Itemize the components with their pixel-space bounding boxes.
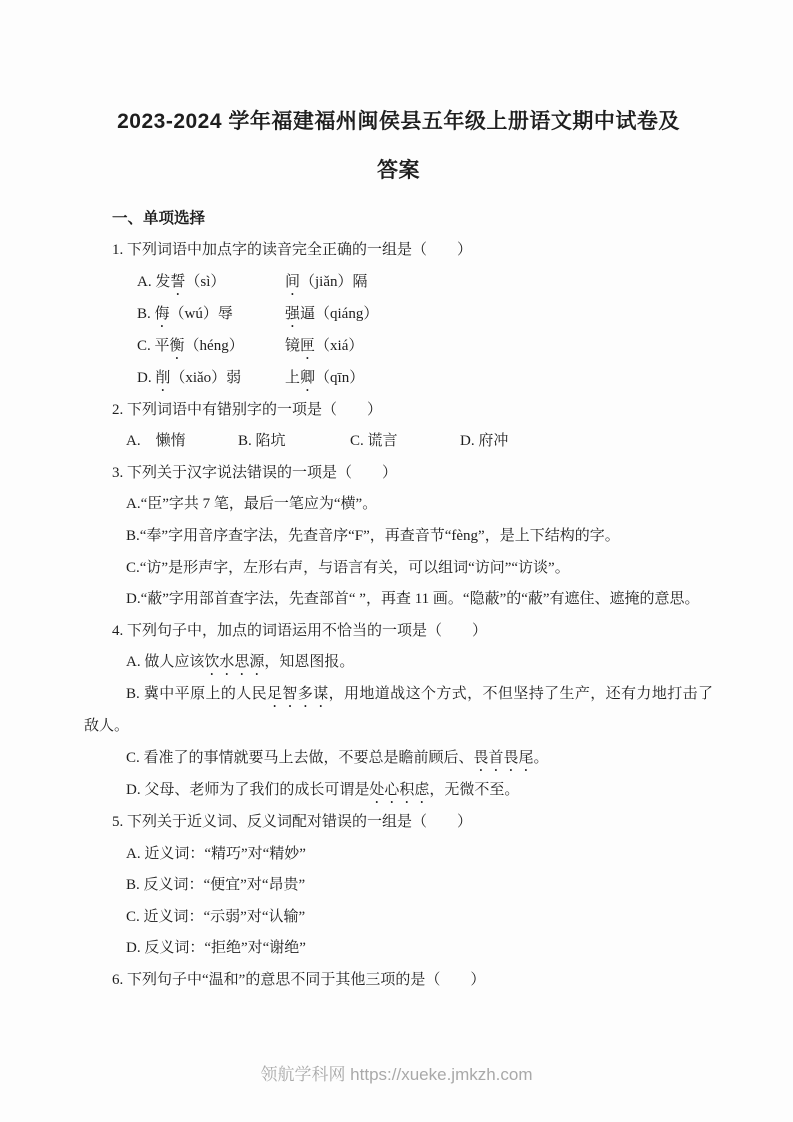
- section-heading: 一、单项选择: [112, 203, 713, 235]
- text-segment: 5. 下列关于近义词、反义词配对错误的一组是（ ）: [112, 814, 472, 830]
- line-column: 强逼（qiáng）: [285, 306, 378, 322]
- document-line: 3. 下列关于汉字说法错误的一项是（ ）: [84, 458, 713, 490]
- line-column: 3. 下列关于汉字说法错误的一项是（ ）: [112, 465, 397, 481]
- text-segment: C. 平: [137, 338, 170, 354]
- line-column: D. 父母、老师为了我们的成长可谓是处心积虑，无微不至。: [126, 782, 519, 798]
- emphasized-text: 处心积虑: [369, 782, 429, 798]
- line-column: C. 近义词：“示弱”对“认输”: [126, 909, 305, 925]
- text-segment: 4. 下列句子中，加点的词语运用不恰当的一项是（ ）: [112, 623, 487, 639]
- text-segment: （jiǎn）隔: [300, 274, 368, 290]
- text-segment: A. 做人应该: [126, 654, 204, 670]
- document-line: B. 反义词：“便宜”对“昂贵”: [84, 870, 713, 902]
- document-line: D. 父母、老师为了我们的成长可谓是处心积虑，无微不至。: [84, 775, 713, 807]
- line-column: 1. 下列词语中加点字的读音完全正确的一组是（ ）: [112, 242, 472, 258]
- title-line-1: 2023-2024 学年福建福州闽侯县五年级上册语文期中试卷及: [84, 97, 713, 146]
- line-column: C. 谎言: [350, 426, 460, 458]
- emphasized-text: 衡: [170, 338, 185, 354]
- line-column: C. 看准了的事情就要马上去做，不要总是瞻前顾后、畏首畏尾。: [126, 750, 549, 766]
- line-column: B. 陷坑: [238, 426, 350, 458]
- emphasized-text: 畏首畏尾: [474, 750, 534, 766]
- emphasized-text: 卿: [300, 370, 315, 386]
- document-line: A.“臣”字共 7 笔，最后一笔应为“横”。: [84, 489, 713, 521]
- emphasized-text: 强: [285, 306, 300, 322]
- text-segment: C. 看准了的事情就要马上去做，不要总是瞻前顾后、: [126, 750, 474, 766]
- document-line: 2. 下列词语中有错别字的一项是（ ）: [84, 395, 713, 427]
- watermark-text: 领航学科网 https://xueke.jmkzh.com: [260, 1065, 532, 1084]
- line-column: B. 冀中平原上的人民足智多谋，用地道战这个方式，不但坚持了生产，还有力地打击了…: [84, 686, 713, 734]
- text-segment: （sì）: [185, 274, 225, 290]
- text-segment: 镜: [285, 338, 300, 354]
- text-segment: 6. 下列句子中“温和”的意思不同于其他三项的是（ ）: [112, 972, 485, 988]
- document-line: B. 侮（wú）辱强逼（qiáng）: [84, 299, 713, 331]
- text-segment: D.“蔽”字用部首查字法，先查部首“ ”，再查 11 画。“隐蔽”的“蔽”有遮住…: [126, 591, 700, 607]
- emphasized-text: 间: [285, 274, 300, 290]
- line-column: C. 平衡（héng）: [137, 331, 285, 363]
- text-segment: （xiá）: [315, 338, 363, 354]
- text-segment: 3. 下列关于汉字说法错误的一项是（ ）: [112, 465, 397, 481]
- document-body: 1. 下列词语中加点字的读音完全正确的一组是（ ）A. 发誓（sì）间（jiǎn…: [84, 235, 713, 997]
- document-line: A. 懒惰B. 陷坑C. 谎言D. 府冲: [84, 426, 713, 458]
- text-segment: （héng）: [185, 338, 244, 354]
- text-segment: B.: [137, 306, 155, 322]
- watermark-footer: 领航学科网 https://xueke.jmkzh.com: [0, 1060, 793, 1085]
- emphasized-text: 誓: [170, 274, 185, 290]
- line-column: A. 近义词：“精巧”对“精妙”: [126, 846, 306, 862]
- text-segment: B. 陷坑: [238, 433, 286, 449]
- text-segment: 1. 下列词语中加点字的读音完全正确的一组是（ ）: [112, 242, 472, 258]
- text-segment: B. 冀中平原上的人民: [126, 686, 267, 702]
- document-line: A. 近义词：“精巧”对“精妙”: [84, 839, 713, 871]
- document-line: D. 削（xiǎo）弱上卿（qīn）: [84, 363, 713, 395]
- text-segment: D.: [137, 370, 155, 386]
- line-column: D. 反义词：“拒绝”对“谢绝”: [126, 940, 306, 956]
- document-line: 4. 下列句子中，加点的词语运用不恰当的一项是（ ）: [84, 616, 713, 648]
- line-column: A. 做人应该饮水思源，知恩图报。: [126, 654, 354, 670]
- line-column: 2. 下列词语中有错别字的一项是（ ）: [112, 402, 382, 418]
- document-line: A. 做人应该饮水思源，知恩图报。: [84, 647, 713, 679]
- document-line: C. 平衡（héng）镜匣（xiá）: [84, 331, 713, 363]
- text-segment: B.“奉”字用音序查字法，先查音序“F”，再查音节“fèng”，是上下结构的字。: [126, 528, 620, 544]
- text-segment: A. 发: [137, 274, 170, 290]
- document-line: A. 发誓（sì）间（jiǎn）隔: [84, 267, 713, 299]
- emphasized-text: 侮: [155, 306, 170, 322]
- line-column: A. 发誓（sì）: [137, 267, 285, 299]
- document-line: C. 近义词：“示弱”对“认输”: [84, 902, 713, 934]
- line-column: 4. 下列句子中，加点的词语运用不恰当的一项是（ ）: [112, 623, 487, 639]
- text-segment: 2. 下列词语中有错别字的一项是（ ）: [112, 402, 382, 418]
- document-line: B. 冀中平原上的人民足智多谋，用地道战这个方式，不但坚持了生产，还有力地打击了…: [84, 679, 713, 743]
- text-segment: 。: [534, 750, 549, 766]
- line-column: B. 反义词：“便宜”对“昂贵”: [126, 877, 305, 893]
- line-column: 5. 下列关于近义词、反义词配对错误的一组是（ ）: [112, 814, 472, 830]
- line-column: D. 削（xiǎo）弱: [137, 363, 285, 395]
- line-column: D. 府冲: [460, 433, 508, 449]
- text-segment: D. 反义词：“拒绝”对“谢绝”: [126, 940, 306, 956]
- emphasized-text: 匣: [300, 338, 315, 354]
- emphasized-text: 足智多谋: [267, 686, 329, 702]
- text-segment: A.“臣”字共 7 笔，最后一笔应为“横”。: [126, 496, 377, 512]
- document-line: B.“奉”字用音序查字法，先查音序“F”，再查音节“fèng”，是上下结构的字。: [84, 521, 713, 553]
- text-segment: A. 懒惰: [126, 433, 186, 449]
- text-segment: D. 父母、老师为了我们的成长可谓是: [126, 782, 369, 798]
- document-line: D. 反义词：“拒绝”对“谢绝”: [84, 933, 713, 965]
- document-line: C.“访”是形声字，左形右声，与语言有关，可以组词“访问”“访谈”。: [84, 553, 713, 585]
- document-line: 6. 下列句子中“温和”的意思不同于其他三项的是（ ）: [84, 965, 713, 997]
- text-segment: （qīn）: [315, 370, 364, 386]
- exam-page: 2023-2024 学年福建福州闽侯县五年级上册语文期中试卷及 答案 一、单项选…: [0, 0, 793, 1122]
- text-segment: A. 近义词：“精巧”对“精妙”: [126, 846, 306, 862]
- text-segment: 逼（qiáng）: [300, 306, 378, 322]
- document-line: 5. 下列关于近义词、反义词配对错误的一组是（ ）: [84, 807, 713, 839]
- line-column: 镜匣（xiá）: [285, 338, 363, 354]
- page-content: 2023-2024 学年福建福州闽侯县五年级上册语文期中试卷及 答案 一、单项选…: [0, 0, 793, 997]
- emphasized-text: 饮水思源: [204, 654, 264, 670]
- text-segment: （xiǎo）弱: [170, 370, 241, 386]
- document-line: D.“蔽”字用部首查字法，先查部首“ ”，再查 11 画。“隐蔽”的“蔽”有遮住…: [84, 584, 713, 616]
- line-column: B.“奉”字用音序查字法，先查音序“F”，再查音节“fèng”，是上下结构的字。: [126, 528, 620, 544]
- line-column: 上卿（qīn）: [285, 370, 364, 386]
- text-segment: D. 府冲: [460, 433, 508, 449]
- text-segment: （wú）辱: [170, 306, 233, 322]
- text-segment: B. 反义词：“便宜”对“昂贵”: [126, 877, 305, 893]
- text-segment: C.“访”是形声字，左形右声，与语言有关，可以组词“访问”“访谈”。: [126, 560, 570, 576]
- text-segment: ，无微不至。: [429, 782, 519, 798]
- emphasized-text: 削: [155, 370, 170, 386]
- text-segment: C. 近义词：“示弱”对“认输”: [126, 909, 305, 925]
- text-segment: 上: [285, 370, 300, 386]
- line-column: B. 侮（wú）辱: [137, 299, 285, 331]
- text-segment: C. 谎言: [350, 433, 398, 449]
- line-column: A.“臣”字共 7 笔，最后一笔应为“横”。: [126, 496, 377, 512]
- document-line: C. 看准了的事情就要马上去做，不要总是瞻前顾后、畏首畏尾。: [84, 743, 713, 775]
- document-line: 1. 下列词语中加点字的读音完全正确的一组是（ ）: [84, 235, 713, 267]
- line-column: D.“蔽”字用部首查字法，先查部首“ ”，再查 11 画。“隐蔽”的“蔽”有遮住…: [126, 591, 700, 607]
- title-line-2: 答案: [84, 146, 713, 195]
- line-column: A. 懒惰: [126, 426, 238, 458]
- document-title: 2023-2024 学年福建福州闽侯县五年级上册语文期中试卷及 答案: [84, 97, 713, 195]
- line-column: C.“访”是形声字，左形右声，与语言有关，可以组词“访问”“访谈”。: [126, 560, 570, 576]
- text-segment: ，知恩图报。: [264, 654, 354, 670]
- line-column: 6. 下列句子中“温和”的意思不同于其他三项的是（ ）: [112, 972, 485, 988]
- line-column: 间（jiǎn）隔: [285, 274, 368, 290]
